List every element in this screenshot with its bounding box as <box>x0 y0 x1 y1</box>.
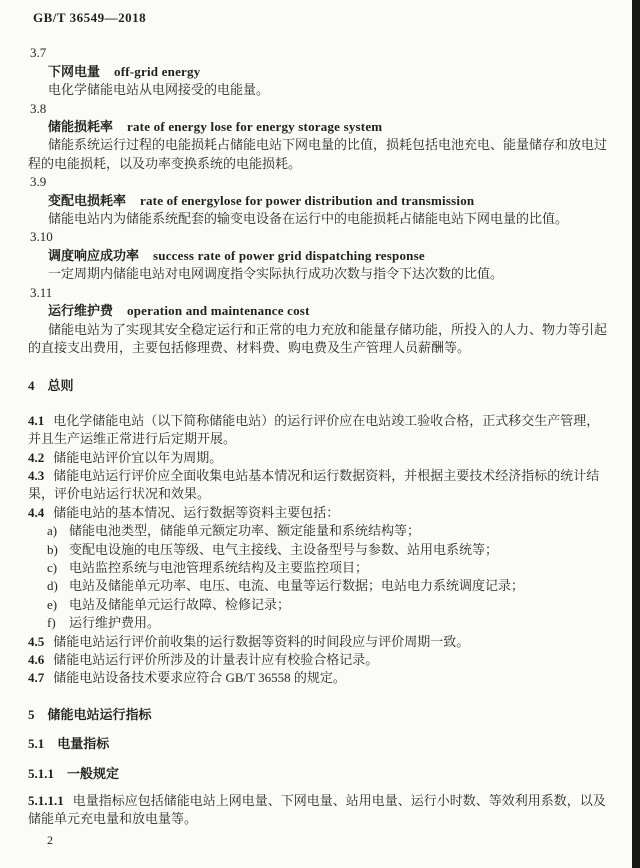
term-definition-block: 3.11运行维护费operation and maintenance cost储… <box>28 284 612 358</box>
clause: 4.2储能电站评价宜以年为周期。 <box>28 449 612 467</box>
standard-code: GB/T 36549—2018 <box>33 9 612 27</box>
term-number: 3.10 <box>30 228 612 246</box>
list-item: f)运行维护费用。 <box>28 614 612 632</box>
term-heading: 储能损耗率rate of energy lose for energy stor… <box>28 118 612 136</box>
terms-section: 3.7下网电量off-grid energy电化学储能电站从电网接受的电能量。3… <box>28 44 612 357</box>
term-definition-block: 3.10调度响应成功率success rate of power grid di… <box>28 228 612 283</box>
chapter-heading: 4总则 <box>28 377 612 395</box>
term-number: 3.7 <box>30 44 612 62</box>
term-name-en: off-grid energy <box>114 64 200 79</box>
chapter-4-section: 4总则4.1电化学储能电站（以下简称储能电站）的运行评价应在电站竣工验收合格，正… <box>28 377 612 688</box>
page-content: GB/T 36549—2018 3.7下网电量off-grid energy电化… <box>0 0 612 849</box>
sub-section-title: 一般规定 <box>67 766 119 781</box>
clause-number: 4.5 <box>28 634 44 649</box>
chapter-5-section: 5储能电站运行指标5.1电量指标5.1.1一般规定5.1.1.1电量指标应包括储… <box>28 706 612 829</box>
term-name-zh: 变配电损耗率 <box>48 193 126 208</box>
term-number: 3.11 <box>30 284 612 302</box>
clause: 4.6储能电站运行评价所涉及的计量表计应有校验合格记录。 <box>28 651 612 669</box>
chapter-title: 总则 <box>48 378 74 393</box>
list-item-text: 电站监控系统与电池管理系统结构及主要监控项目； <box>69 560 368 575</box>
term-name-en: rate of energy lose for energy storage s… <box>127 119 382 134</box>
clause-text: 储能电站运行评价应全面收集电站基本情况和运行数据资料，并根据主要技术经济指标的统… <box>28 468 599 501</box>
sub-section-heading: 5.1.1一般规定 <box>28 765 612 783</box>
clause-number: 4.7 <box>28 670 44 685</box>
page-number: 2 <box>47 831 612 849</box>
list-item-label: f) <box>47 614 69 632</box>
list-item-label: d) <box>47 577 69 595</box>
clause-number: 4.2 <box>28 450 44 465</box>
clause-text: 储能电站运行评价所涉及的计量表计应有校验合格记录。 <box>53 652 378 667</box>
clause: 5.1.1.1电量指标应包括储能电站上网电量、下网电量、站用电量、运行小时数、等… <box>28 792 612 829</box>
clause: 4.7储能电站设备技术要求应符合 GB/T 36558 的规定。 <box>28 669 612 687</box>
list-item-text: 变配电设施的电压等级、电气主接线、主设备型号与参数、站用电系统等； <box>69 542 498 557</box>
chapter-number: 5 <box>28 707 35 722</box>
term-definition-text: 储能电站为了实现其安全稳定运行和正常的电力充放和能量存储功能，所投入的人力、物力… <box>28 321 612 358</box>
clause: 4.1电化学储能电站（以下简称储能电站）的运行评价应在电站竣工验收合格，正式移交… <box>28 412 612 449</box>
sub-section-number: 5.1 <box>28 736 44 751</box>
list-item-label: c) <box>47 559 69 577</box>
scan-edge-shadow <box>632 0 640 868</box>
document-page: GB/T 36549—2018 3.7下网电量off-grid energy电化… <box>0 0 640 868</box>
clause-text: 储能电站设备技术要求应符合 GB/T 36558 的规定。 <box>53 670 346 685</box>
clause-number: 4.1 <box>28 413 44 428</box>
chapter-heading: 5储能电站运行指标 <box>28 706 612 724</box>
term-definition-text: 储能系统运行过程的电能损耗占储能电站下网电量的比值，损耗包括电池充电、能量储存和… <box>28 136 612 173</box>
term-name-en: rate of energylose for power distributio… <box>140 193 474 208</box>
list-item: c)电站监控系统与电池管理系统结构及主要监控项目； <box>28 559 612 577</box>
list-item: a)储能电池类型，储能单元额定功率、额定能量和系统结构等； <box>28 522 612 540</box>
clause: 4.4储能电站的基本情况、运行数据等资料主要包括： <box>28 504 612 522</box>
term-name-en: success rate of power grid dispatching r… <box>153 248 425 263</box>
clause-number: 4.3 <box>28 468 44 483</box>
list-item-text: 电站及储能单元运行故障、检修记录； <box>69 597 290 612</box>
term-heading: 变配电损耗率rate of energylose for power distr… <box>28 192 612 210</box>
term-name-zh: 运行维护费 <box>48 303 113 318</box>
list-item-text: 运行维护费用。 <box>69 615 160 630</box>
term-name-zh: 储能损耗率 <box>48 119 113 134</box>
clause-text: 储能电站的基本情况、运行数据等资料主要包括： <box>53 505 339 520</box>
list-item: d)电站及储能单元功率、电压、电流、电量等运行数据；电站电力系统调度记录； <box>28 577 612 595</box>
term-number: 3.8 <box>30 100 612 118</box>
list-item-label: a) <box>47 522 69 540</box>
list-item-label: e) <box>47 596 69 614</box>
term-definition-block: 3.7下网电量off-grid energy电化学储能电站从电网接受的电能量。 <box>28 44 612 99</box>
list-item-text: 储能电池类型，储能单元额定功率、额定能量和系统结构等； <box>69 523 420 538</box>
sub-section-number: 5.1.1 <box>28 766 54 781</box>
term-name-zh: 调度响应成功率 <box>48 248 139 263</box>
clause-text: 电量指标应包括储能电站上网电量、下网电量、站用电量、运行小时数、等效利用系数，以… <box>28 793 606 826</box>
list-item-text: 电站及储能单元功率、电压、电流、电量等运行数据；电站电力系统调度记录； <box>69 578 524 593</box>
term-definition-text: 电化学储能电站从电网接受的电能量。 <box>28 81 612 99</box>
list-item: b)变配电设施的电压等级、电气主接线、主设备型号与参数、站用电系统等； <box>28 541 612 559</box>
term-definition-block: 3.8储能损耗率rate of energy lose for energy s… <box>28 100 612 174</box>
term-definition-text: 一定周期内储能电站对电网调度指令实际执行成功次数与指令下达次数的比值。 <box>28 265 612 283</box>
list-item-label: b) <box>47 541 69 559</box>
term-name-en: operation and maintenance cost <box>127 303 310 318</box>
clause-text: 储能电站评价宜以年为周期。 <box>53 450 222 465</box>
chapter-title: 储能电站运行指标 <box>48 707 152 722</box>
clause: 4.3储能电站运行评价应全面收集电站基本情况和运行数据资料，并根据主要技术经济指… <box>28 467 612 504</box>
term-heading: 调度响应成功率success rate of power grid dispat… <box>28 247 612 265</box>
term-heading: 下网电量off-grid energy <box>28 63 612 81</box>
term-name-zh: 下网电量 <box>48 64 100 79</box>
term-definition-text: 储能电站内为储能系统配套的输变电设备在运行中的电能损耗占储能电站下网电量的比值。 <box>28 210 612 228</box>
term-definition-block: 3.9变配电损耗率rate of energylose for power di… <box>28 173 612 228</box>
term-heading: 运行维护费operation and maintenance cost <box>28 302 612 320</box>
clause-number: 5.1.1.1 <box>28 793 64 808</box>
sub-section-heading: 5.1电量指标 <box>28 735 612 753</box>
sub-section-title: 电量指标 <box>57 736 109 751</box>
clause-text: 储能电站运行评价前收集的运行数据等资料的时间段应与评价周期一致。 <box>53 634 469 649</box>
clause: 4.5储能电站运行评价前收集的运行数据等资料的时间段应与评价周期一致。 <box>28 633 612 651</box>
term-number: 3.9 <box>30 173 612 191</box>
clause-number: 4.4 <box>28 505 44 520</box>
clause-number: 4.6 <box>28 652 44 667</box>
list-item: e)电站及储能单元运行故障、检修记录； <box>28 596 612 614</box>
chapter-number: 4 <box>28 378 35 393</box>
clause-text: 电化学储能电站（以下简称储能电站）的运行评价应在电站竣工验收合格，正式移交生产管… <box>28 413 599 446</box>
